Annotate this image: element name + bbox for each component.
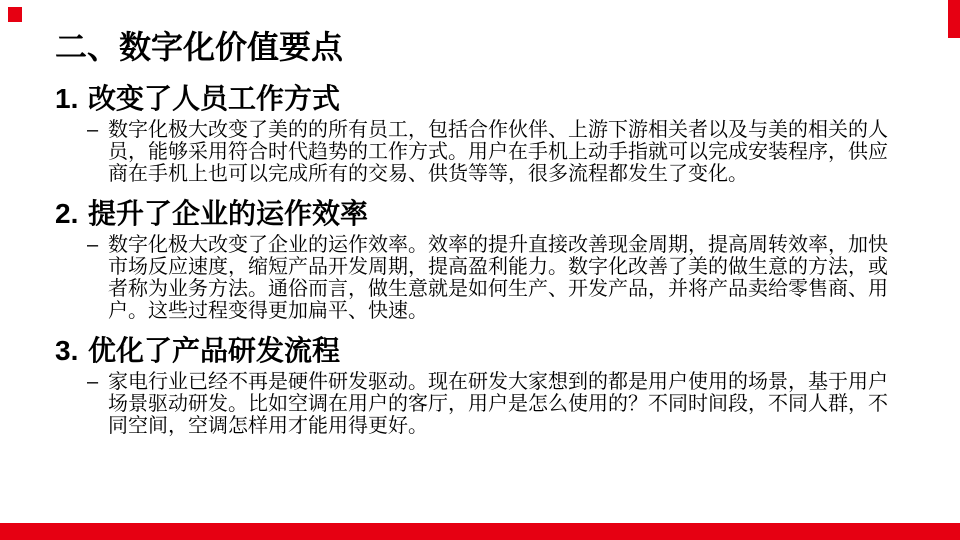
red-accent-top-left	[8, 7, 22, 22]
section-1-heading-text: 改变了人员工作方式	[88, 82, 340, 115]
red-accent-top-right	[948, 0, 960, 38]
section-2-body: – 数字化极大改变了企业的运作效率。效率的提升直接改善现金周期，提高周转效率，加…	[55, 234, 915, 322]
slide-title: 二、数字化价值要点	[55, 28, 915, 66]
section-3-number: 3.	[55, 334, 88, 367]
section-1: 1. 改变了人员工作方式 – 数字化极大改变了美的的所有员工，包括合作伙伴、上游…	[55, 82, 915, 185]
section-3-heading: 3. 优化了产品研发流程	[55, 334, 915, 367]
section-2-number: 2.	[55, 197, 88, 230]
section-1-body: – 数字化极大改变了美的的所有员工，包括合作伙伴、上游下游相关者以及与美的相关的…	[55, 119, 915, 185]
red-accent-bottom-bar	[0, 523, 960, 540]
section-1-number: 1.	[55, 82, 88, 115]
dash-bullet: –	[87, 119, 108, 185]
section-2-heading-text: 提升了企业的运作效率	[88, 197, 368, 230]
dash-bullet: –	[87, 234, 108, 322]
section-3-heading-text: 优化了产品研发流程	[88, 334, 340, 367]
slide-content: 二、数字化价值要点 1. 改变了人员工作方式 – 数字化极大改变了美的的所有员工…	[55, 28, 915, 437]
section-2-body-text: 数字化极大改变了企业的运作效率。效率的提升直接改善现金周期，提高周转效率，加快市…	[108, 234, 890, 322]
section-1-heading: 1. 改变了人员工作方式	[55, 82, 915, 115]
presentation-slide: 二、数字化价值要点 1. 改变了人员工作方式 – 数字化极大改变了美的的所有员工…	[0, 0, 960, 540]
dash-bullet: –	[87, 371, 108, 437]
section-3-body-text: 家电行业已经不再是硬件研发驱动。现在研发大家想到的都是用户使用的场景，基于用户场…	[108, 371, 890, 437]
section-3-body: – 家电行业已经不再是硬件研发驱动。现在研发大家想到的都是用户使用的场景，基于用…	[55, 371, 915, 437]
section-2-heading: 2. 提升了企业的运作效率	[55, 197, 915, 230]
section-2: 2. 提升了企业的运作效率 – 数字化极大改变了企业的运作效率。效率的提升直接改…	[55, 197, 915, 322]
section-1-body-text: 数字化极大改变了美的的所有员工，包括合作伙伴、上游下游相关者以及与美的相关的人员…	[108, 119, 890, 185]
section-3: 3. 优化了产品研发流程 – 家电行业已经不再是硬件研发驱动。现在研发大家想到的…	[55, 334, 915, 437]
